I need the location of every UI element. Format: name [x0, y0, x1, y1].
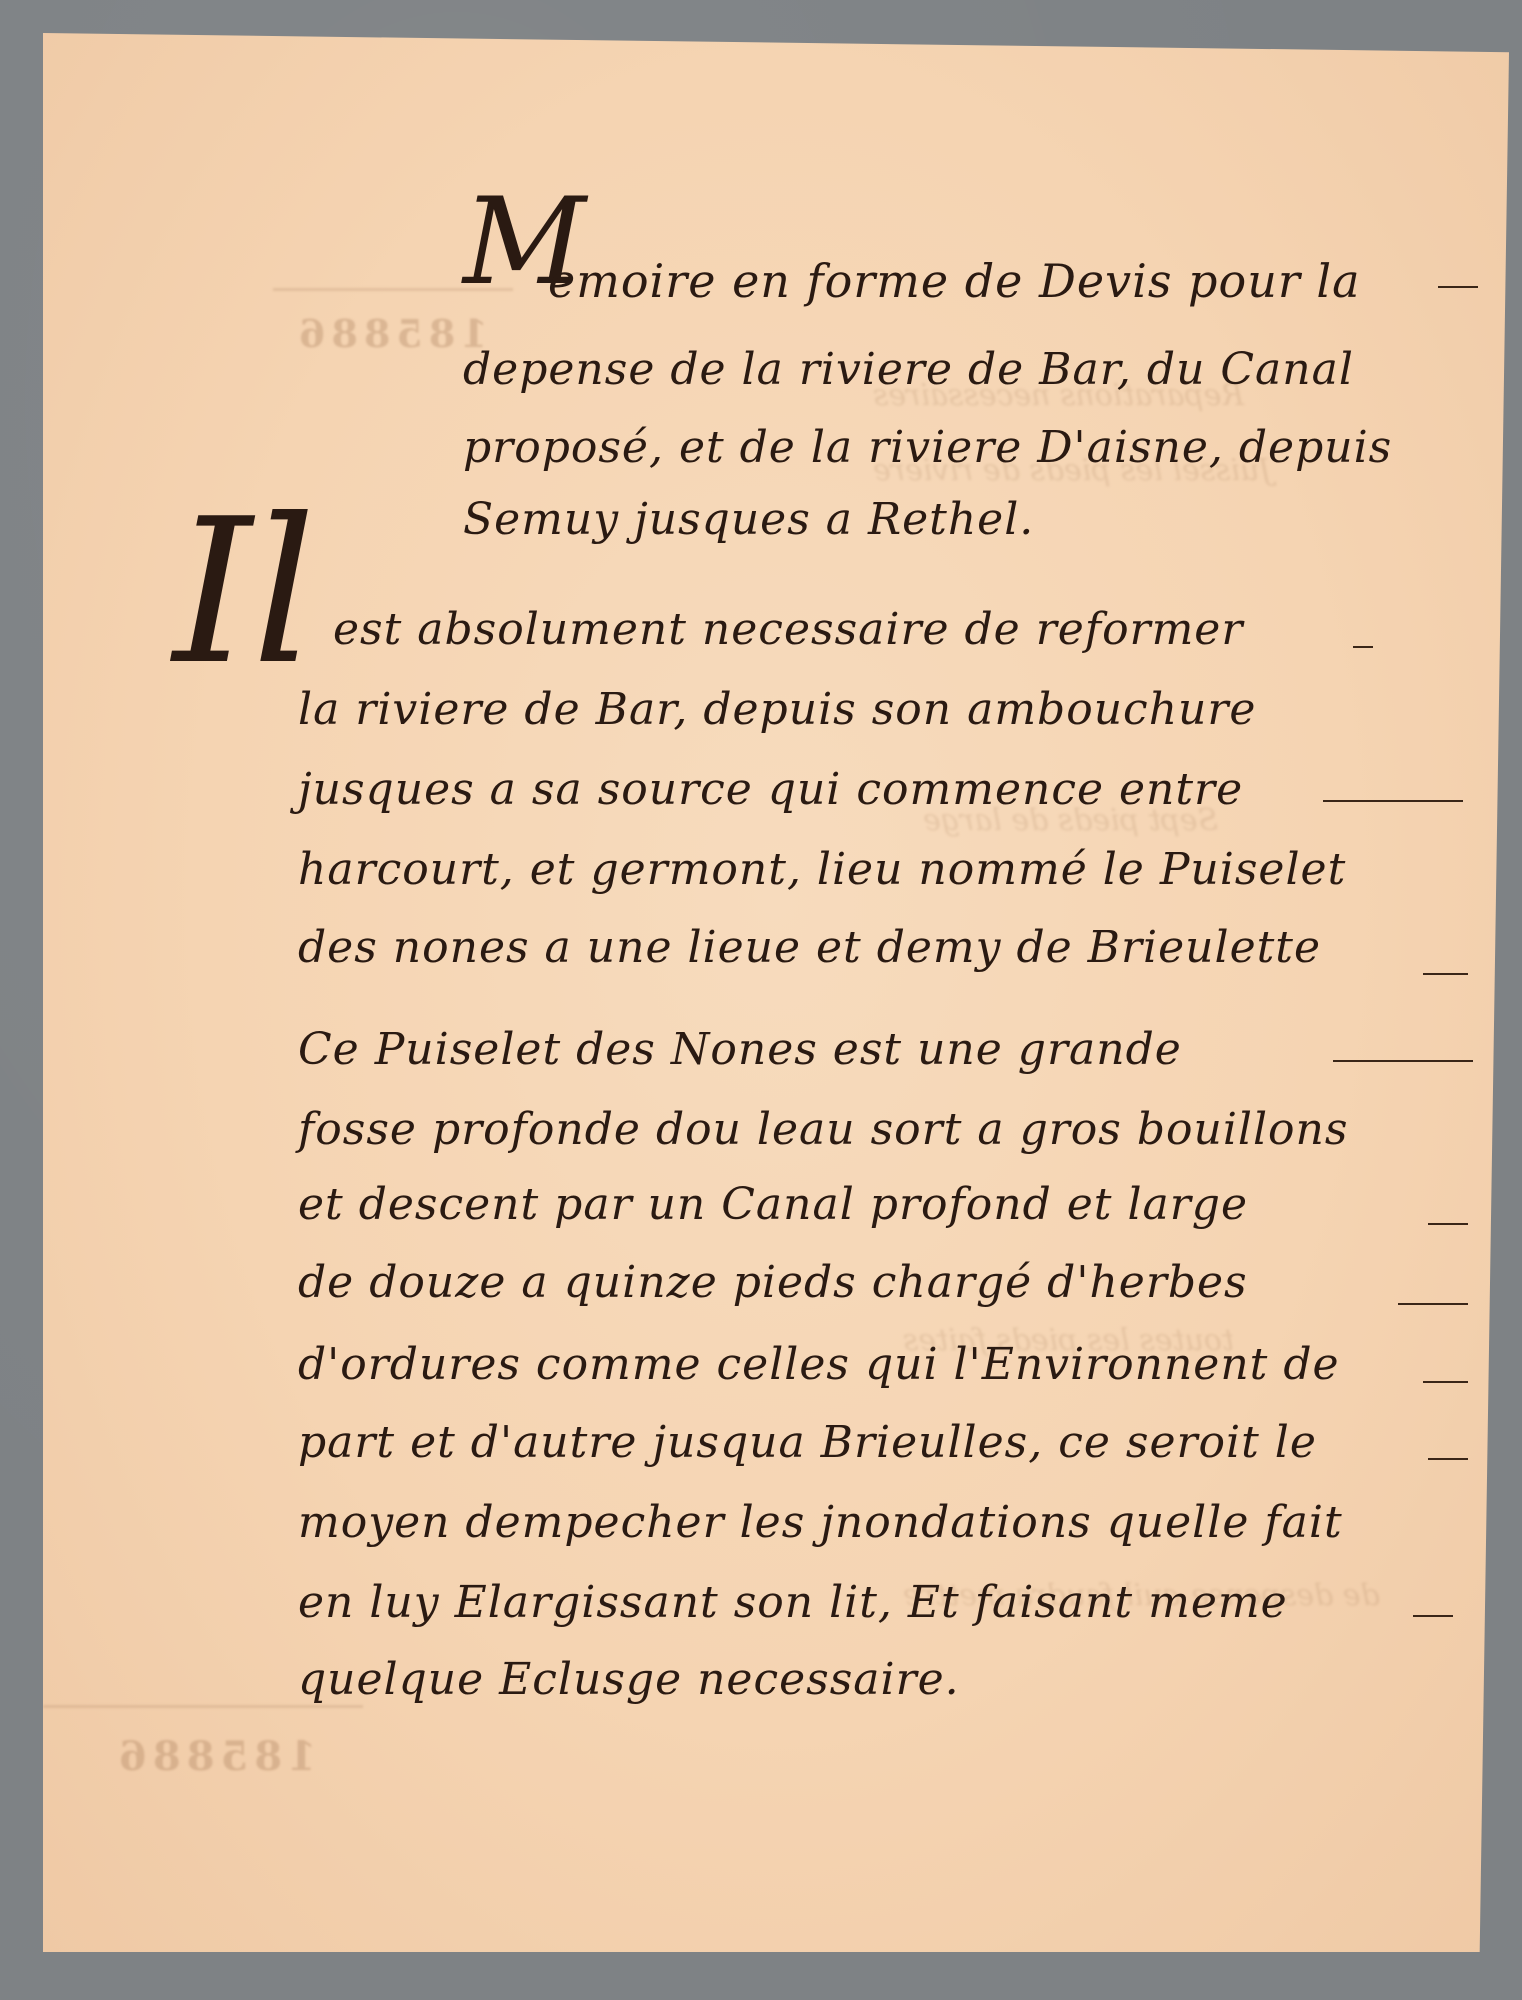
bleed-through-number-bottom: 185886: [113, 1733, 316, 1780]
paragraph-initial: Il: [173, 493, 316, 693]
line-end-flourish: [1413, 1615, 1453, 1617]
paragraph-2-line-5: d'ordures comme celles qui l'Environnent…: [298, 1343, 1340, 1387]
paragraph-2-line-9: quelque Eclusge necessaire.: [298, 1658, 960, 1702]
paragraph-2-line-1: Ce Puiselet des Nones est une grande: [298, 1028, 1182, 1072]
paragraph-1-line-1: est absolument necessaire de reformer: [333, 608, 1243, 652]
paragraph-2-line-3: et descent par un Canal profond et large: [298, 1183, 1248, 1227]
bleed-through-rule-bottom: [43, 1705, 363, 1708]
line-end-flourish: [1323, 800, 1463, 802]
bleed-through-number-top: 185886: [293, 311, 488, 356]
line-end-flourish: [1333, 1060, 1473, 1062]
line-end-flourish: [1438, 286, 1478, 288]
paragraph-1-line-5: des nones a une lieue et demy de Brieule…: [298, 926, 1321, 970]
manuscript-page: 185886 185886 Reparations necessaires Ju…: [43, 33, 1509, 1952]
title-line-1: emoire en forme de Devis pour la: [548, 258, 1361, 304]
paragraph-2-line-6: part et d'autre jusqua Brieulles, ce ser…: [298, 1421, 1317, 1465]
line-end-flourish: [1428, 1223, 1468, 1225]
paragraph-1-line-3: jusques a sa source qui commence entre: [298, 768, 1243, 812]
paragraph-1-line-4: harcourt, et germont, lieu nommé le Puis…: [298, 848, 1346, 892]
line-end-flourish: [1353, 646, 1373, 648]
line-end-flourish: [1423, 973, 1468, 975]
paragraph-2-line-7: moyen dempecher les jnondations quelle f…: [298, 1501, 1343, 1545]
line-end-flourish: [1423, 1381, 1468, 1383]
line-end-flourish: [1428, 1458, 1468, 1460]
paragraph-2-line-8: en luy Elargissant son lit, Et faisant m…: [298, 1581, 1288, 1625]
line-end-flourish: [1398, 1303, 1468, 1305]
title-line-4: Semuy jusques a Rethel.: [463, 498, 1034, 542]
title-line-3: proposé, et de la riviere D'aisne, depui…: [463, 426, 1392, 470]
title-line-2: depense de la riviere de Bar, du Canal: [463, 348, 1354, 392]
paragraph-2-line-2: fosse profonde dou leau sort a gros boui…: [298, 1108, 1348, 1152]
paragraph-2-line-4: de douze a quinze pieds chargé d'herbes: [298, 1261, 1248, 1305]
paragraph-1-line-2: la riviere de Bar, depuis son ambouchure: [298, 688, 1256, 732]
